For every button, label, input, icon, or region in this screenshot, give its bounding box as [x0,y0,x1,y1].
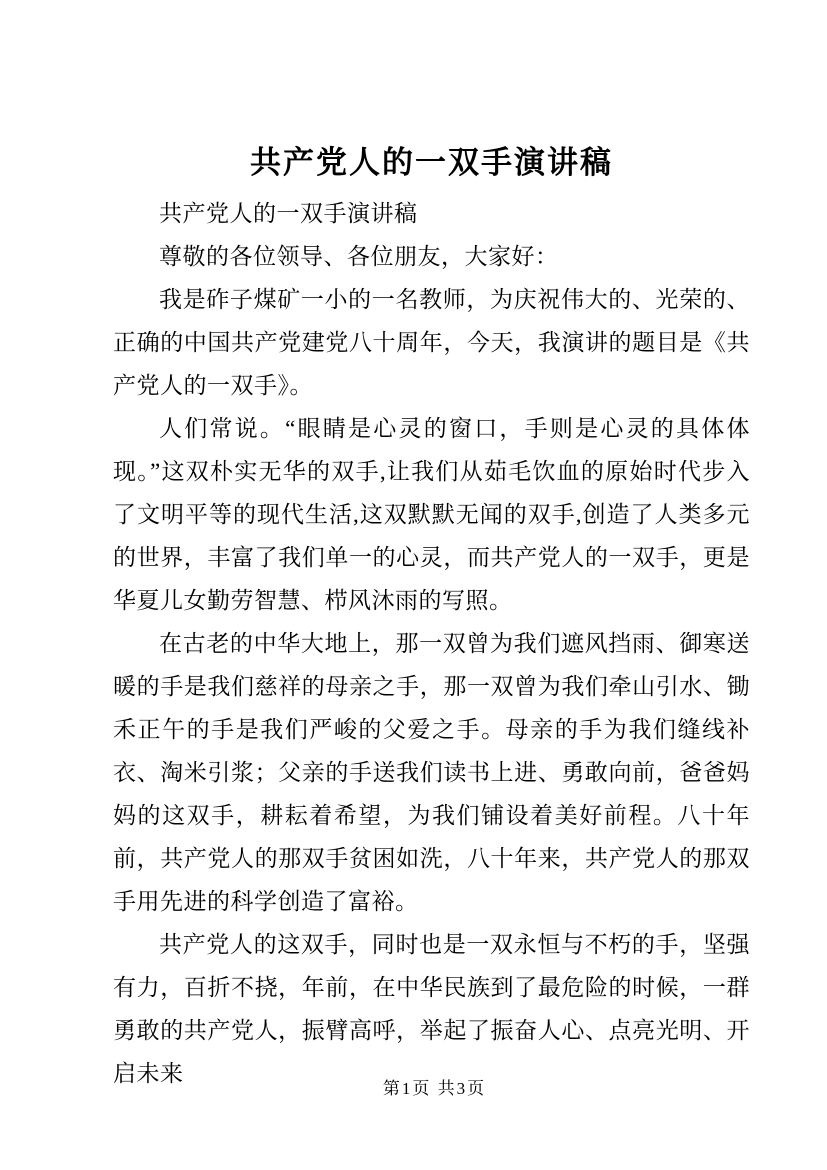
document-body: 共产党人的一双手演讲稿 共产党人的一双手演讲稿尊敬的各位领导、各位朋友，大家好：… [113,142,750,1095]
paragraph: 共产党人的这双手，同时也是一双永恒与不朽的手，坚强有力，百折不挠，年前，在中华民… [113,923,750,1095]
paragraph: 在古老的中华大地上，那一双曾为我们遮风挡雨、御寒送暖的手是我们慈祥的母亲之手，那… [113,622,750,923]
paragraph: 我是砟子煤矿一小的一名教师，为庆祝伟大的、光荣的、正确的中国共产党建党八十周年，… [113,278,750,407]
document-page: 共产党人的一双手演讲稿 共产党人的一双手演讲稿尊敬的各位领导、各位朋友，大家好：… [0,0,827,1170]
paragraph: 人们常说。“眼睛是心灵的窗口，手则是心灵的具体体现。”这双朴实无华的双手,让我们… [113,407,750,622]
page-number-label: 第1页 共3页 [21,1074,827,1099]
paragraph: 共产党人的一双手演讲稿 [113,192,750,235]
paragraph: 尊敬的各位领导、各位朋友，大家好： [113,235,750,278]
paragraph-list: 共产党人的一双手演讲稿尊敬的各位领导、各位朋友，大家好：我是砟子煤矿一小的一名教… [113,192,750,1095]
document-title: 共产党人的一双手演讲稿 [113,142,750,184]
